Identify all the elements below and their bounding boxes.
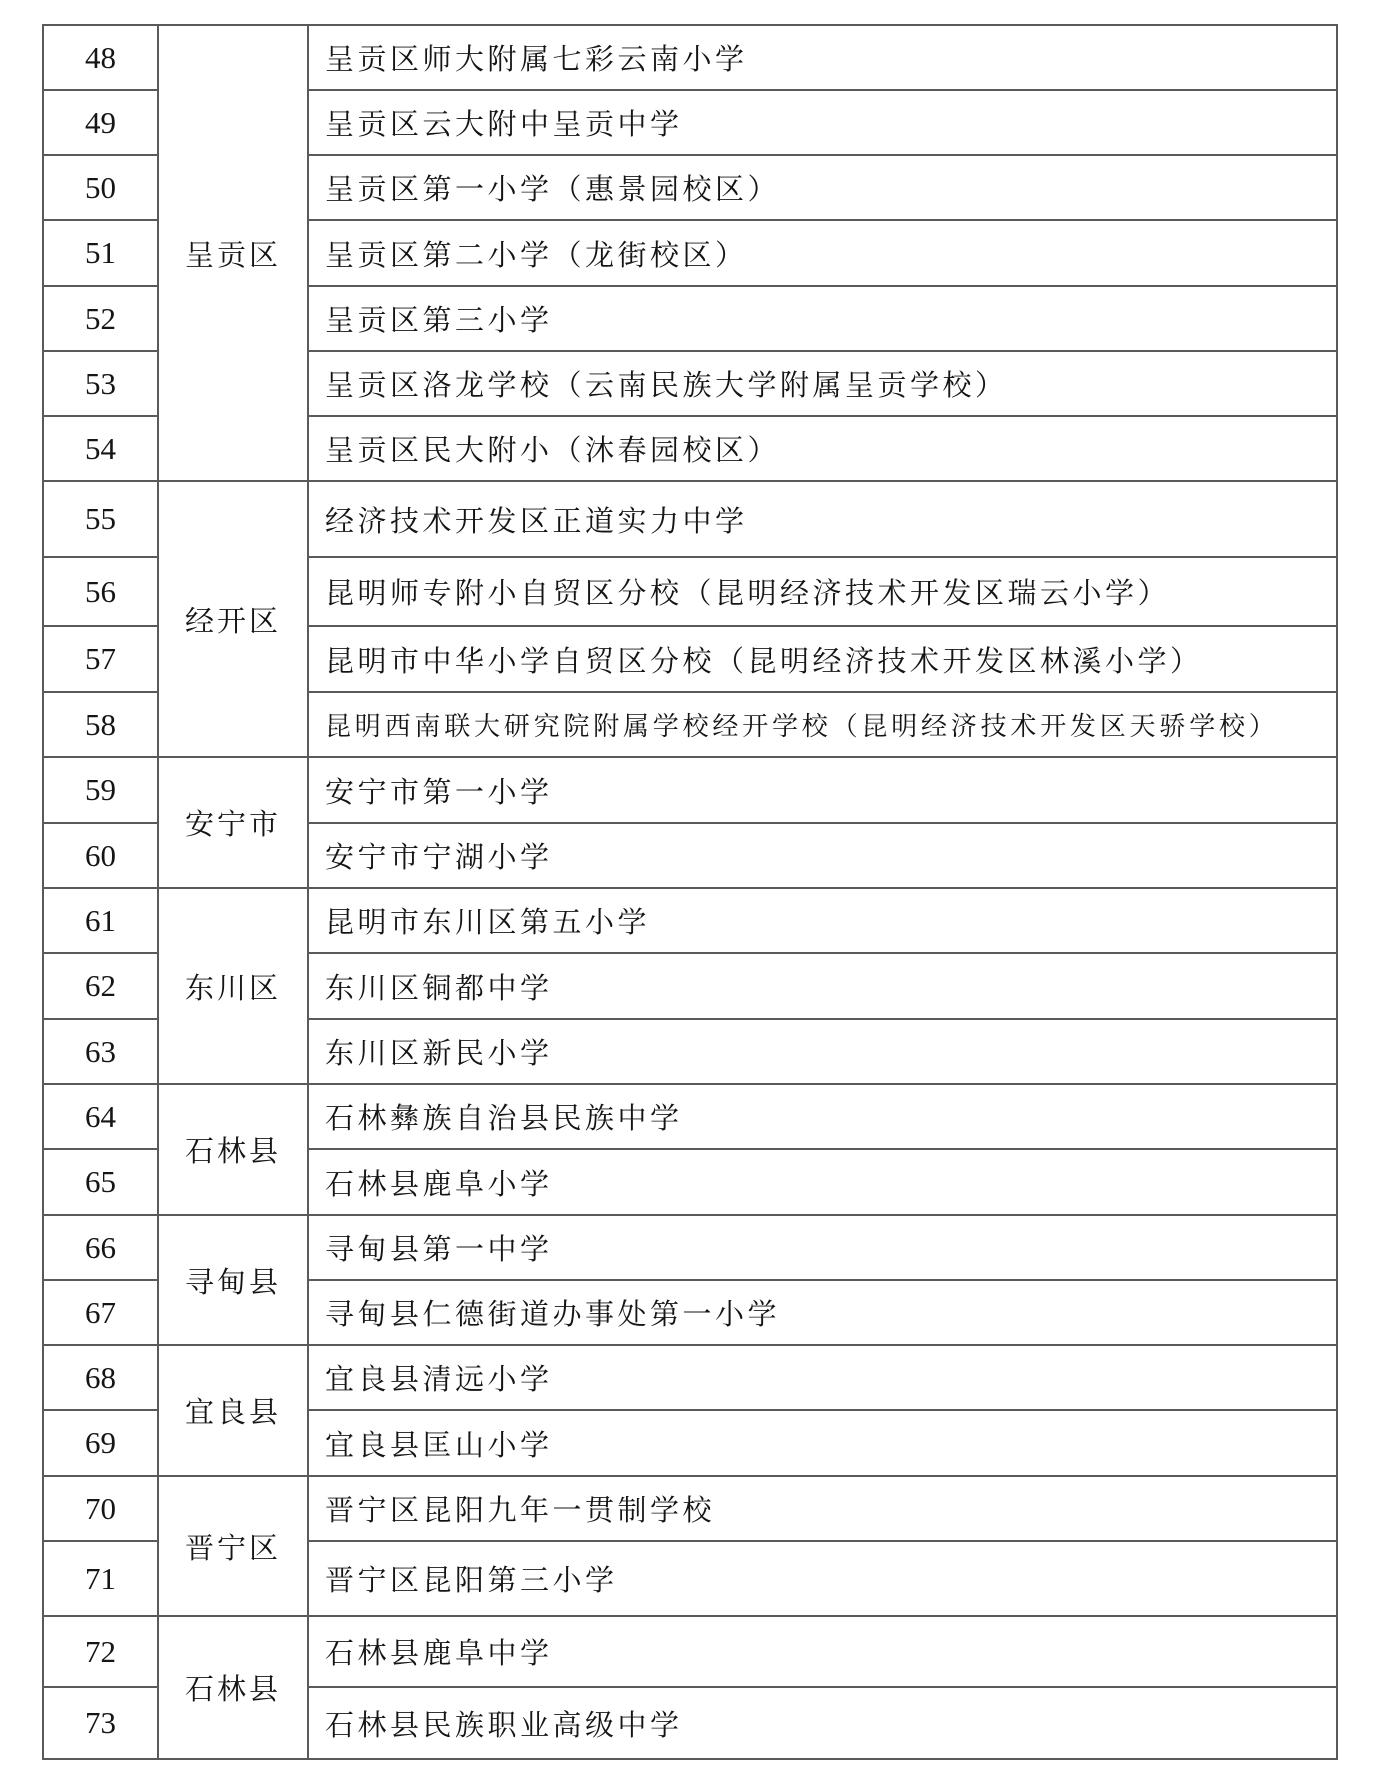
school-name-cell: 石林县鹿阜中学 xyxy=(308,1616,1337,1687)
row-number-cell: 63 xyxy=(43,1019,158,1084)
table-row: 72石林县石林县鹿阜中学 xyxy=(43,1616,1337,1687)
district-cell: 晋宁区 xyxy=(158,1476,308,1616)
district-cell: 石林县 xyxy=(158,1616,308,1759)
row-number-cell: 70 xyxy=(43,1476,158,1541)
school-name-cell: 宜良县清远小学 xyxy=(308,1345,1337,1410)
school-name-cell: 呈贡区第二小学（龙街校区） xyxy=(308,220,1337,286)
row-number-cell: 50 xyxy=(43,155,158,220)
row-number-cell: 54 xyxy=(43,416,158,481)
school-name-cell: 昆明市东川区第五小学 xyxy=(308,888,1337,953)
row-number-cell: 66 xyxy=(43,1215,158,1280)
row-number-cell: 49 xyxy=(43,90,158,155)
table-row: 48呈贡区呈贡区师大附属七彩云南小学 xyxy=(43,25,1337,90)
row-number-cell: 52 xyxy=(43,286,158,351)
school-name-cell: 寻甸县仁德街道办事处第一小学 xyxy=(308,1280,1337,1345)
row-number-cell: 61 xyxy=(43,888,158,953)
table-row: 59安宁市安宁市第一小学 xyxy=(43,757,1337,823)
row-number-cell: 51 xyxy=(43,220,158,286)
row-number-cell: 68 xyxy=(43,1345,158,1410)
school-name-cell: 呈贡区师大附属七彩云南小学 xyxy=(308,25,1337,90)
district-cell: 寻甸县 xyxy=(158,1215,308,1345)
table-row: 66寻甸县寻甸县第一中学 xyxy=(43,1215,1337,1280)
district-cell: 东川区 xyxy=(158,888,308,1084)
district-cell: 石林县 xyxy=(158,1084,308,1215)
school-name-cell: 经济技术开发区正道实力中学 xyxy=(308,481,1337,557)
school-name-cell: 昆明西南联大研究院附属学校经开学校（昆明经济技术开发区天骄学校） xyxy=(308,692,1337,757)
school-name-cell: 昆明市中华小学自贸区分校（昆明经济技术开发区林溪小学） xyxy=(308,626,1337,692)
school-name-cell: 宜良县匡山小学 xyxy=(308,1410,1337,1476)
school-name-cell: 晋宁区昆阳第三小学 xyxy=(308,1541,1337,1616)
school-name-cell: 呈贡区民大附小（沐春园校区） xyxy=(308,416,1337,481)
school-name-cell: 石林县民族职业高级中学 xyxy=(308,1687,1337,1759)
school-name-cell: 呈贡区洛龙学校（云南民族大学附属呈贡学校） xyxy=(308,351,1337,416)
row-number-cell: 59 xyxy=(43,757,158,823)
school-list-body: 48呈贡区呈贡区师大附属七彩云南小学49呈贡区云大附中呈贡中学50呈贡区第一小学… xyxy=(43,25,1337,1759)
table-row: 68宜良县宜良县清远小学 xyxy=(43,1345,1337,1410)
district-cell: 呈贡区 xyxy=(158,25,308,481)
row-number-cell: 67 xyxy=(43,1280,158,1345)
school-name-cell: 呈贡区第一小学（惠景园校区） xyxy=(308,155,1337,220)
row-number-cell: 58 xyxy=(43,692,158,757)
school-name-cell: 石林彝族自治县民族中学 xyxy=(308,1084,1337,1149)
table-row: 64石林县石林彝族自治县民族中学 xyxy=(43,1084,1337,1149)
table-row: 70晋宁区晋宁区昆阳九年一贯制学校 xyxy=(43,1476,1337,1541)
district-cell: 安宁市 xyxy=(158,757,308,888)
table-row: 61东川区昆明市东川区第五小学 xyxy=(43,888,1337,953)
row-number-cell: 69 xyxy=(43,1410,158,1476)
row-number-cell: 62 xyxy=(43,953,158,1019)
row-number-cell: 48 xyxy=(43,25,158,90)
school-name-cell: 呈贡区第三小学 xyxy=(308,286,1337,351)
row-number-cell: 55 xyxy=(43,481,158,557)
table-row: 55经开区经济技术开发区正道实力中学 xyxy=(43,481,1337,557)
school-name-cell: 呈贡区云大附中呈贡中学 xyxy=(308,90,1337,155)
school-name-cell: 安宁市宁湖小学 xyxy=(308,823,1337,888)
row-number-cell: 71 xyxy=(43,1541,158,1616)
row-number-cell: 56 xyxy=(43,557,158,626)
row-number-cell: 72 xyxy=(43,1616,158,1687)
school-name-cell: 安宁市第一小学 xyxy=(308,757,1337,823)
school-name-cell: 东川区新民小学 xyxy=(308,1019,1337,1084)
row-number-cell: 53 xyxy=(43,351,158,416)
row-number-cell: 60 xyxy=(43,823,158,888)
school-name-cell: 石林县鹿阜小学 xyxy=(308,1149,1337,1215)
school-name-cell: 寻甸县第一中学 xyxy=(308,1215,1337,1280)
row-number-cell: 57 xyxy=(43,626,158,692)
school-name-cell: 东川区铜都中学 xyxy=(308,953,1337,1019)
row-number-cell: 73 xyxy=(43,1687,158,1759)
row-number-cell: 64 xyxy=(43,1084,158,1149)
row-number-cell: 65 xyxy=(43,1149,158,1215)
district-cell: 经开区 xyxy=(158,481,308,757)
school-name-cell: 晋宁区昆阳九年一贯制学校 xyxy=(308,1476,1337,1541)
school-list-table: 48呈贡区呈贡区师大附属七彩云南小学49呈贡区云大附中呈贡中学50呈贡区第一小学… xyxy=(42,24,1338,1760)
district-cell: 宜良县 xyxy=(158,1345,308,1476)
school-name-cell: 昆明师专附小自贸区分校（昆明经济技术开发区瑞云小学） xyxy=(308,557,1337,626)
